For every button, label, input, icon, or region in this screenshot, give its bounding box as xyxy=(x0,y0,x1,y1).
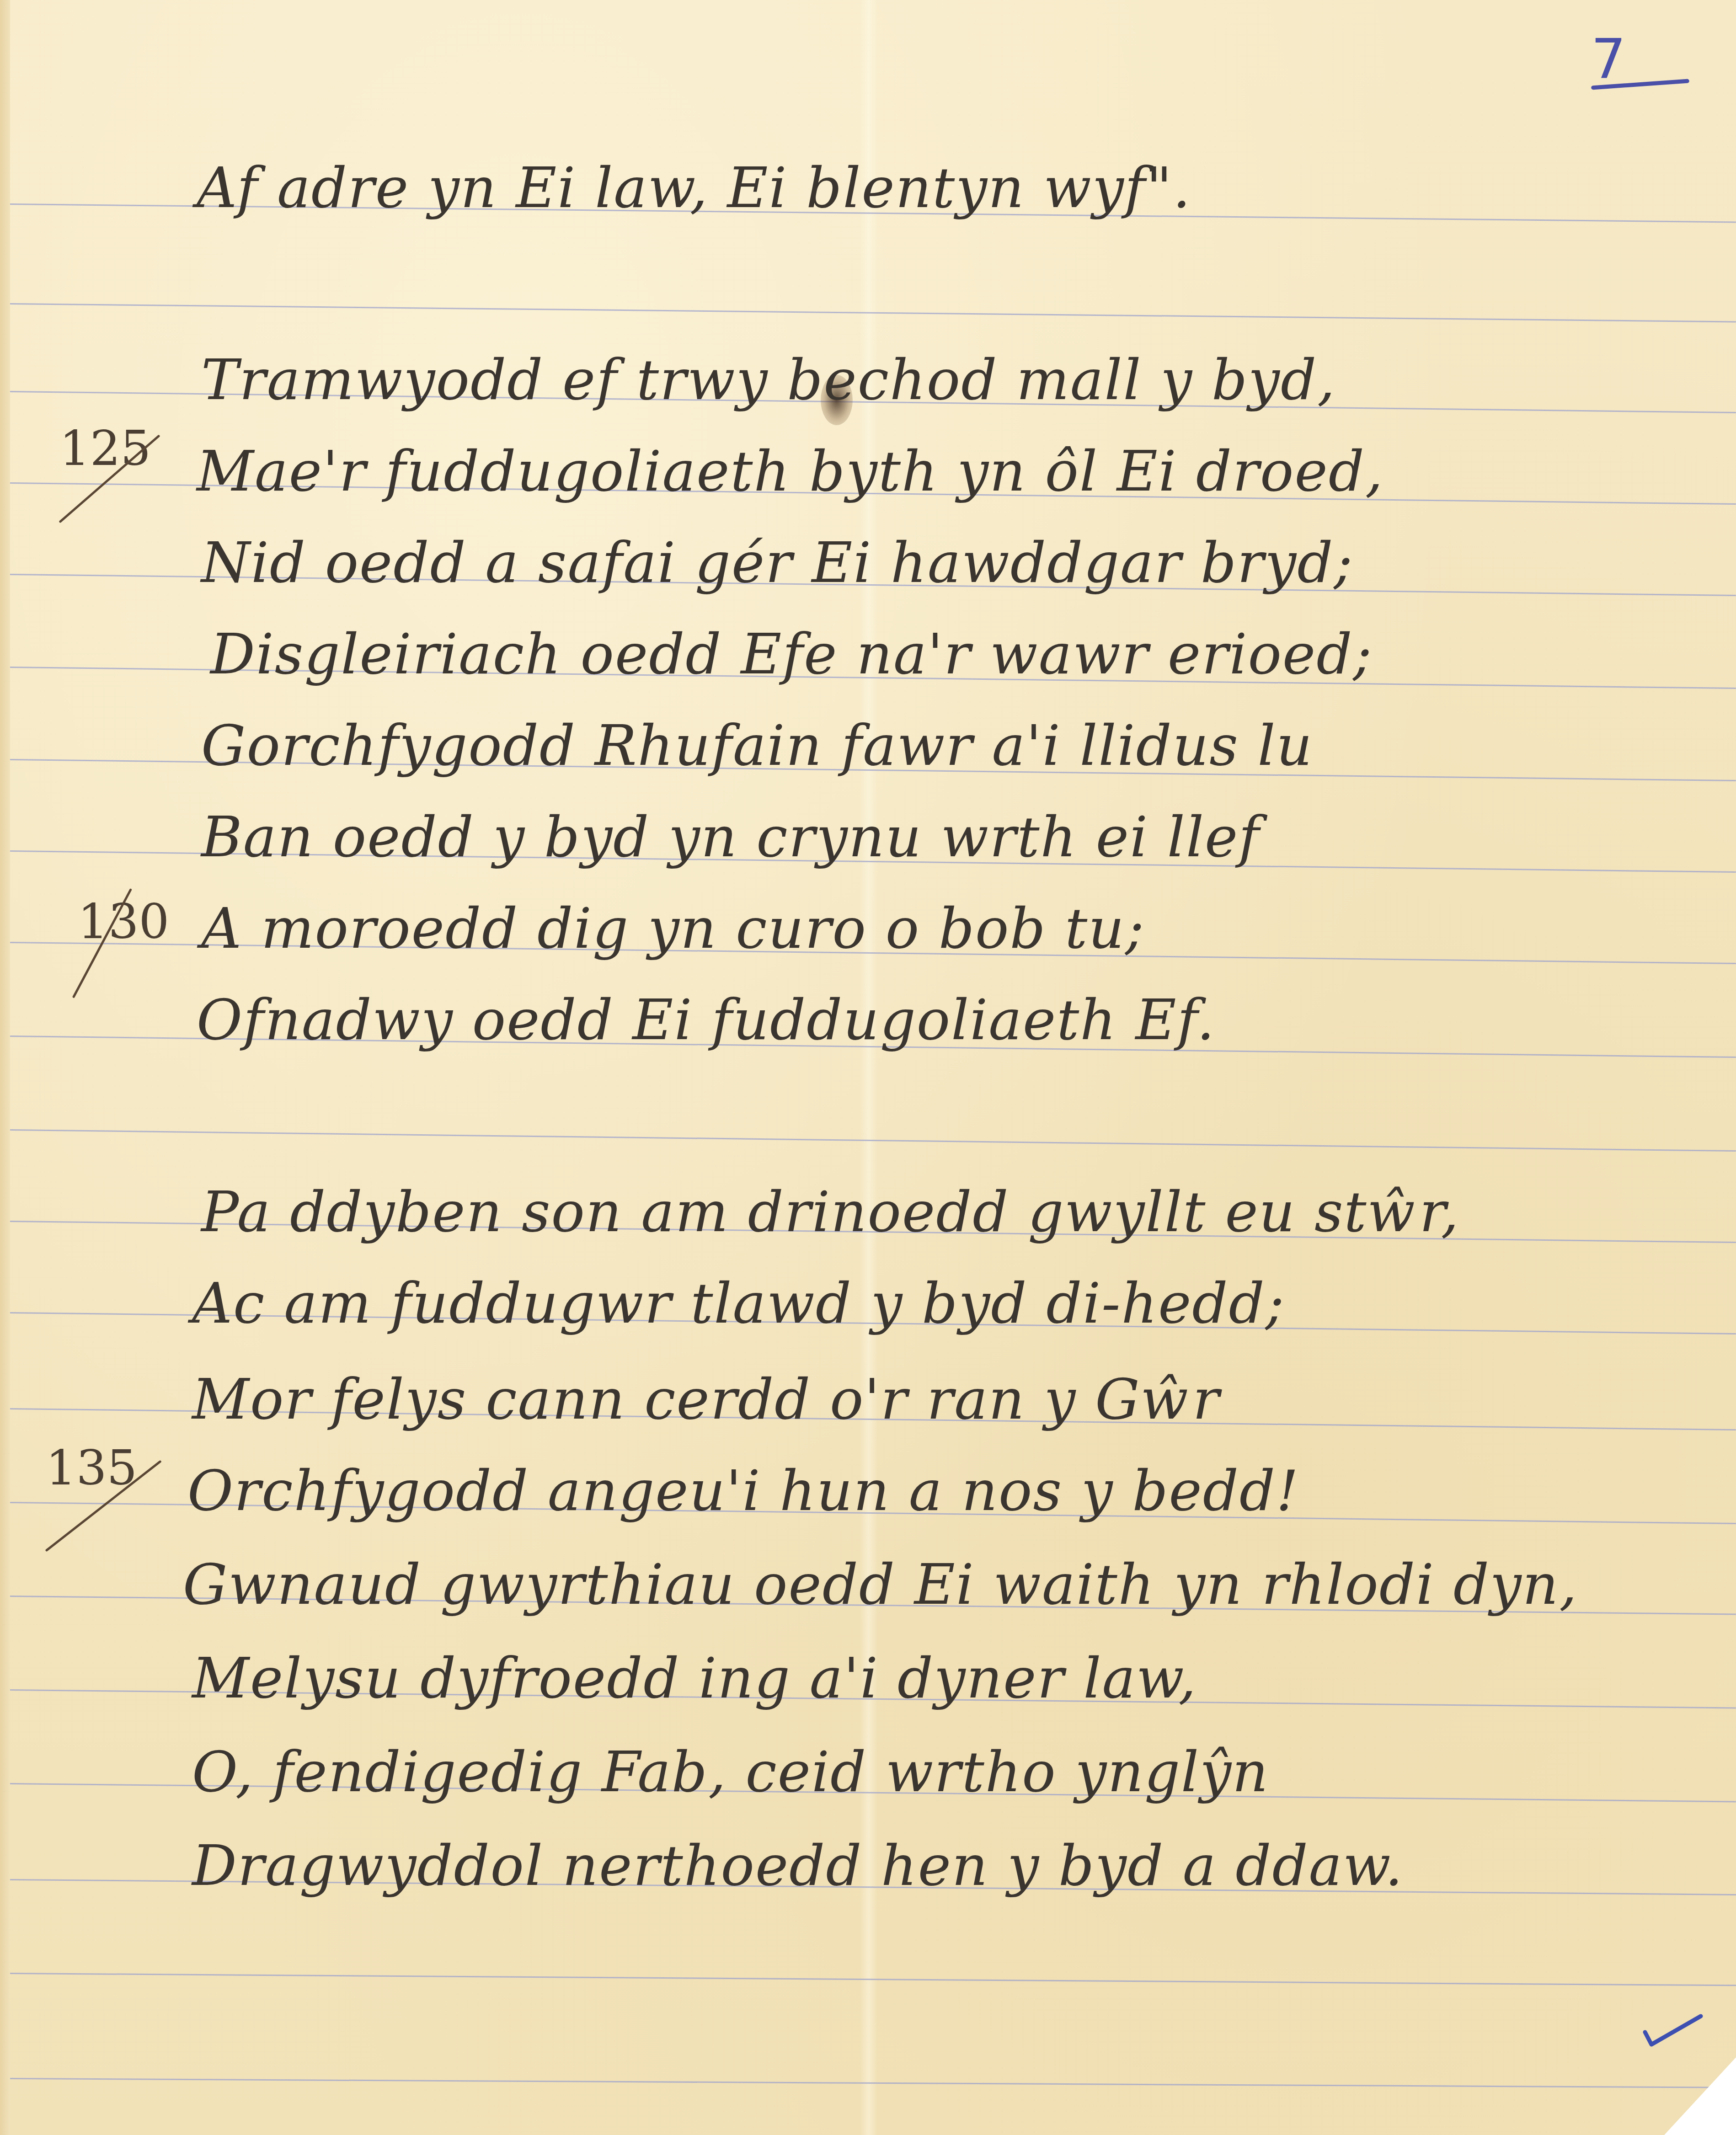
check-icon xyxy=(1641,2012,1705,2053)
margin-line-number: 135 xyxy=(46,1440,137,1496)
verse-line: O, fendigedig Fab, ceid wrtho ynglŷn xyxy=(192,1740,1269,1804)
verse-line: Pa ddyben son am drinoedd gwyllt eu stŵr… xyxy=(201,1180,1459,1244)
verse-line: Ac am fuddugwr tlawd y byd di-hedd; xyxy=(192,1271,1285,1336)
verse-line: Melysu dyfroedd ing a'i dyner law, xyxy=(192,1646,1197,1711)
verse-line: Dragwyddol nerthoedd hen y byd a ddaw. xyxy=(192,1833,1404,1898)
paper-left-edge xyxy=(0,0,10,2135)
verse-line: Ofnadwy oedd Ei fuddugoliaeth Ef. xyxy=(197,987,1215,1052)
verse-line: Gorchfygodd Rhufain fawr a'i llidus lu xyxy=(201,713,1313,778)
verse-line: Ban oedd y byd yn crynu wrth ei llef xyxy=(201,805,1260,870)
verse-line: Mae'r fuddugoliaeth byth yn ôl Ei droed, xyxy=(197,439,1384,504)
verse-line: Gwnaud gwyrthiau oedd Ei waith yn rhlodi… xyxy=(183,1552,1578,1617)
verse-line: Tramwyodd ef trwy bechod mall y byd, xyxy=(201,347,1336,412)
page-number: 7 xyxy=(1591,27,1626,91)
paper-fold xyxy=(860,0,878,2135)
verse-line: Mor felys cann cerdd o'r ran y Gŵr xyxy=(192,1367,1220,1432)
closing-line: Af adre yn Ei law, Ei blentyn wyf". xyxy=(197,155,1191,220)
margin-line-number: 125 xyxy=(59,421,151,476)
manuscript-page: 7 Af adre yn Ei law, Ei blentyn wyf". Tr… xyxy=(0,0,1736,2135)
verse-line: A moroedd dig yn curo o bob tu; xyxy=(201,896,1145,961)
verse-line: Disgleiriach oedd Efe na'r wawr erioed; xyxy=(210,622,1373,687)
verse-line: Orchfygodd angeu'i hun a nos y bedd! xyxy=(187,1458,1299,1523)
verse-line: Nid oedd a safai gér Ei hawddgar bryd; xyxy=(201,530,1353,595)
